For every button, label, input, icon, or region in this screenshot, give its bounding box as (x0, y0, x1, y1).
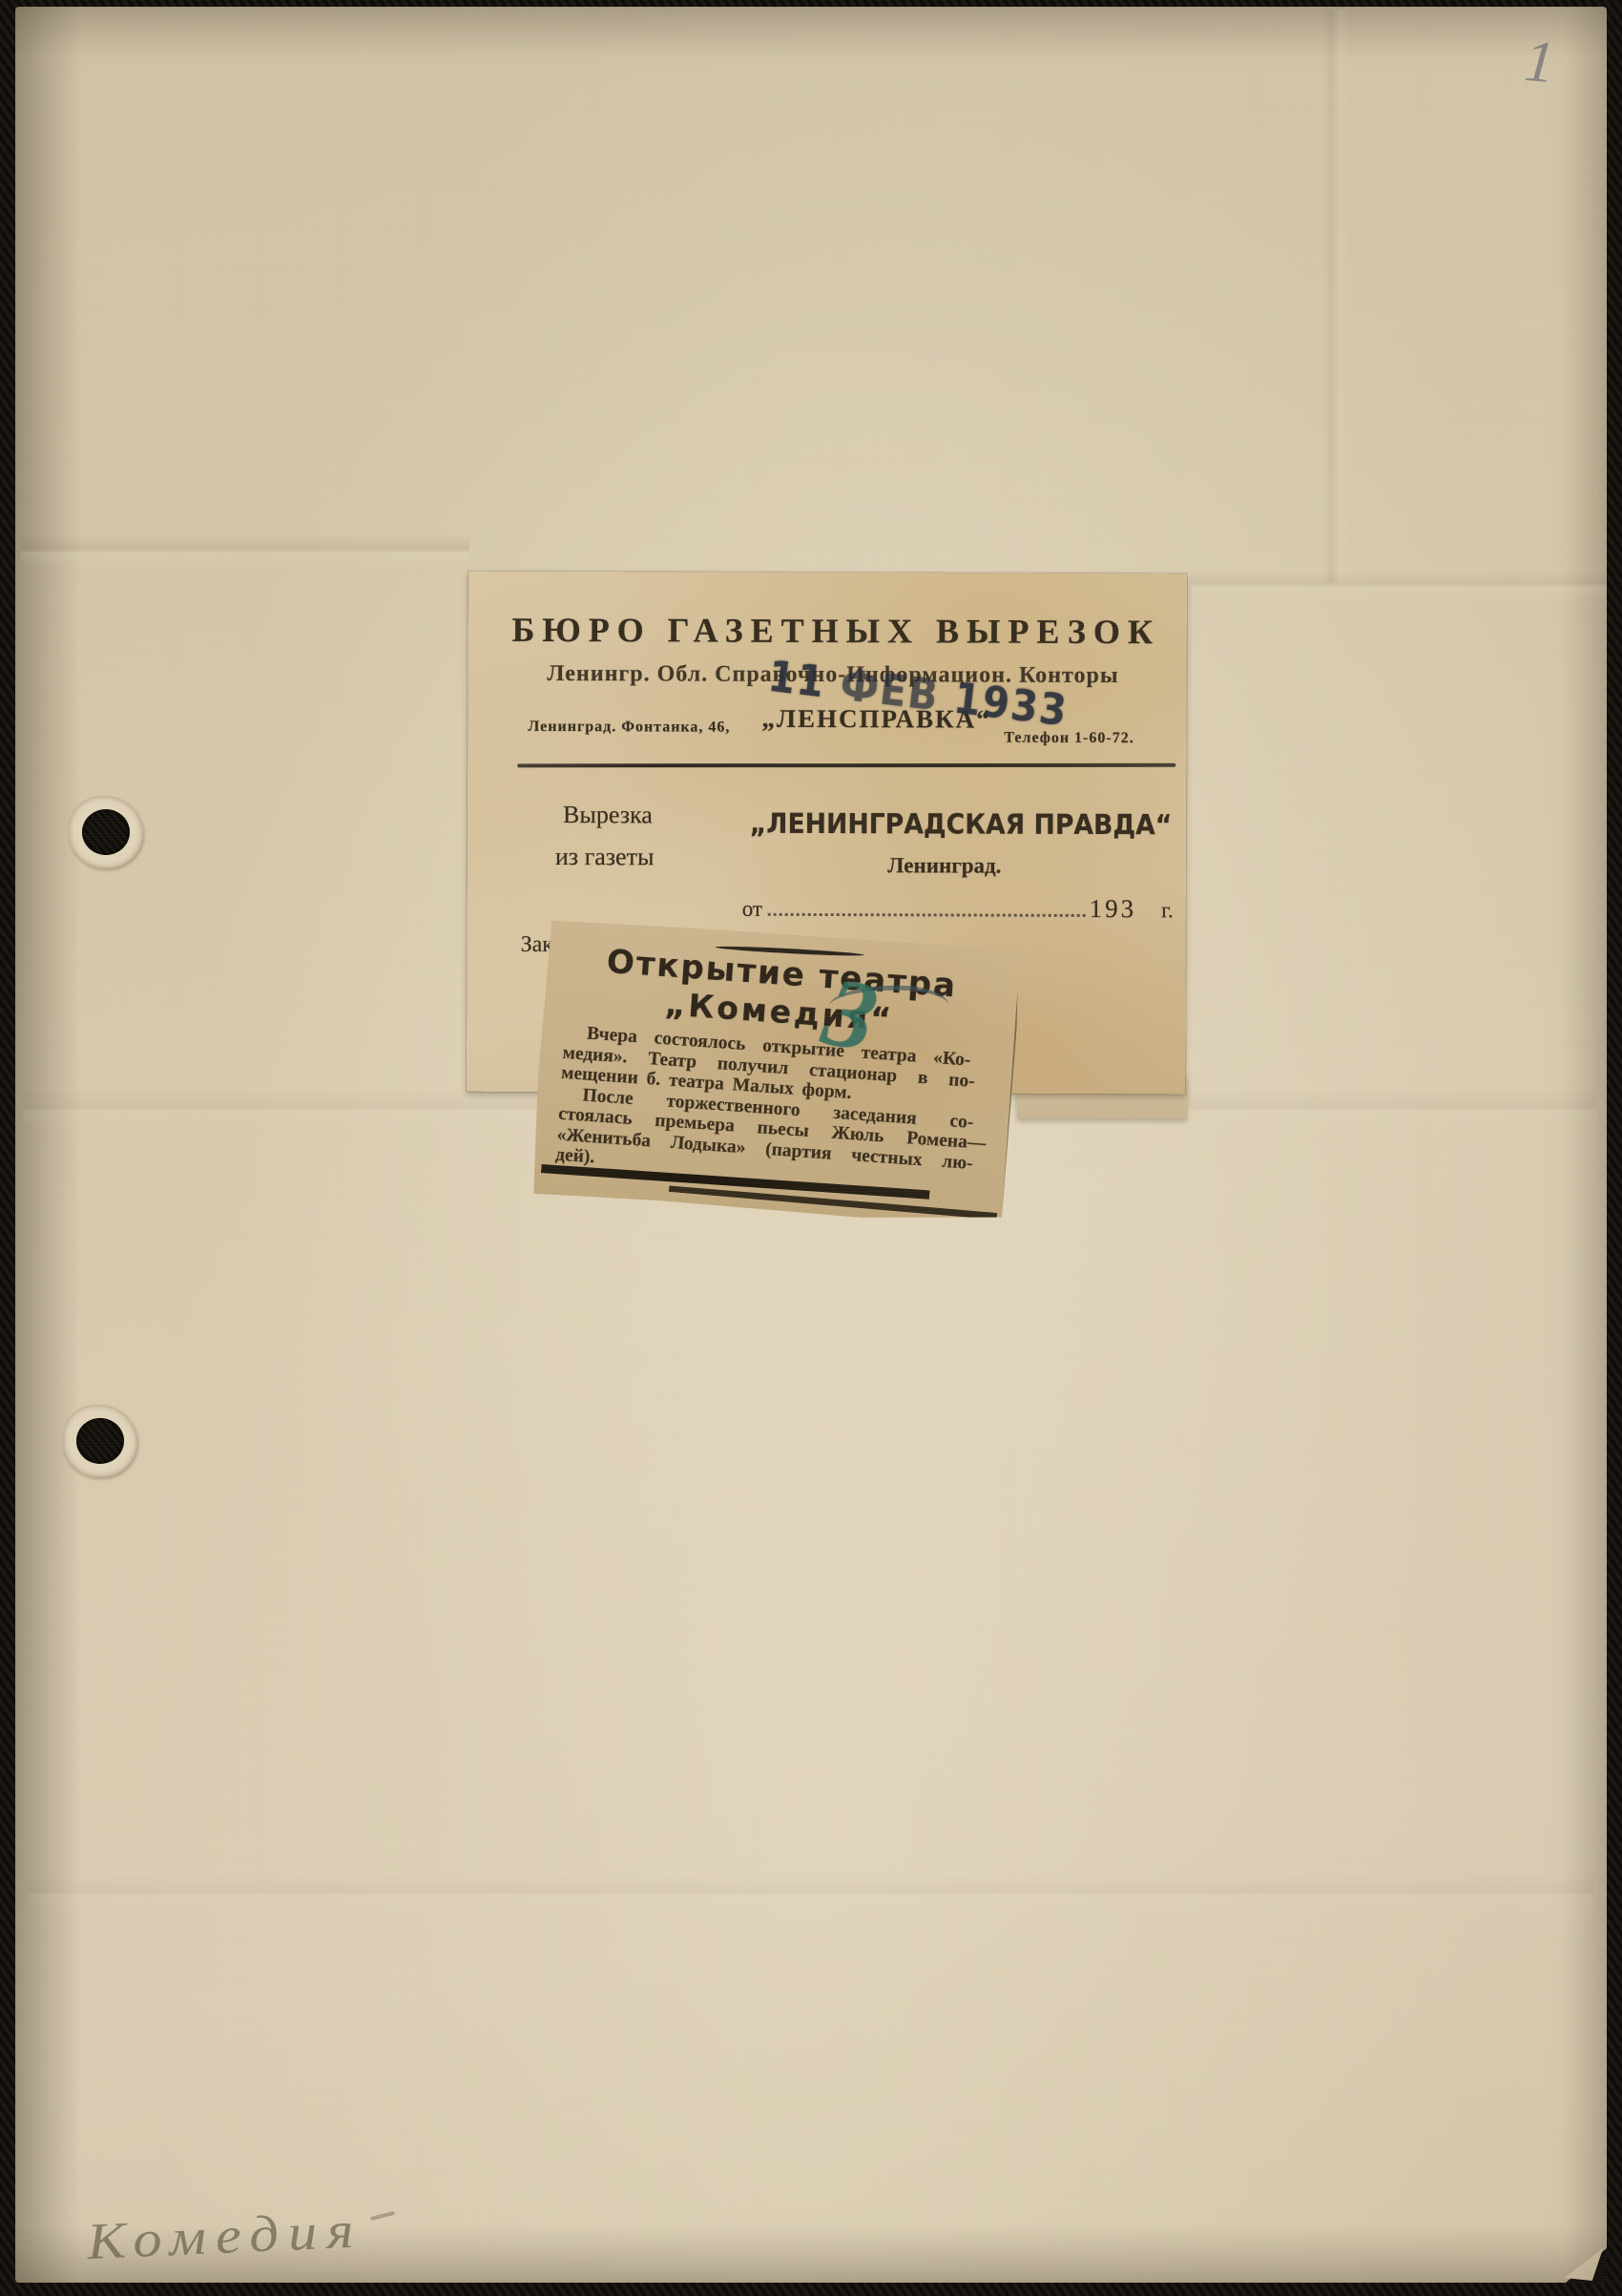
date-suffix: г. (1161, 898, 1174, 923)
news-clipping: Открытие театра „Комедия“ Вчера состояло… (530, 917, 1022, 1228)
date-line: от 193 г. (742, 893, 1174, 925)
punch-hole (82, 809, 130, 855)
handwritten-note-komediya: Комедия (86, 2200, 364, 2271)
newspaper-city: Ленинград. (733, 853, 1156, 880)
punch-hole-top (69, 796, 143, 868)
date-prefix: от (742, 897, 762, 922)
header-rule (517, 763, 1175, 768)
newspaper-name: „ЛЕНИНГРАДСКАЯ ПРАВДА“ (750, 807, 1140, 841)
clipping-body: Вчера состоялось открытие театра «Ко- ме… (554, 1022, 992, 1196)
cutting-label-line1: Вырезка (563, 801, 653, 829)
stamp-day: 11 (765, 651, 828, 708)
scan-background: 1 БЮРО ГАЗЕТНЫХ ВЫРЕЗОК Ленингр. Обл. Сп… (0, 0, 1622, 2296)
bureau-phone: Телефон 1-60-72. (1004, 730, 1133, 747)
bureau-address: Ленинград. Фонтанка, 46, (528, 719, 730, 737)
punch-hole-bottom (63, 1405, 137, 1477)
cutting-label-line2: из газеты (555, 843, 655, 871)
punch-hole (76, 1418, 124, 1464)
page-number-pencil: 1 (1522, 31, 1556, 93)
date-year-stub: 193 (1090, 894, 1137, 924)
bureau-title: БЮРО ГАЗЕТНЫХ ВЫРЕЗОК (468, 610, 1187, 653)
date-dotted-leader (768, 913, 1086, 917)
